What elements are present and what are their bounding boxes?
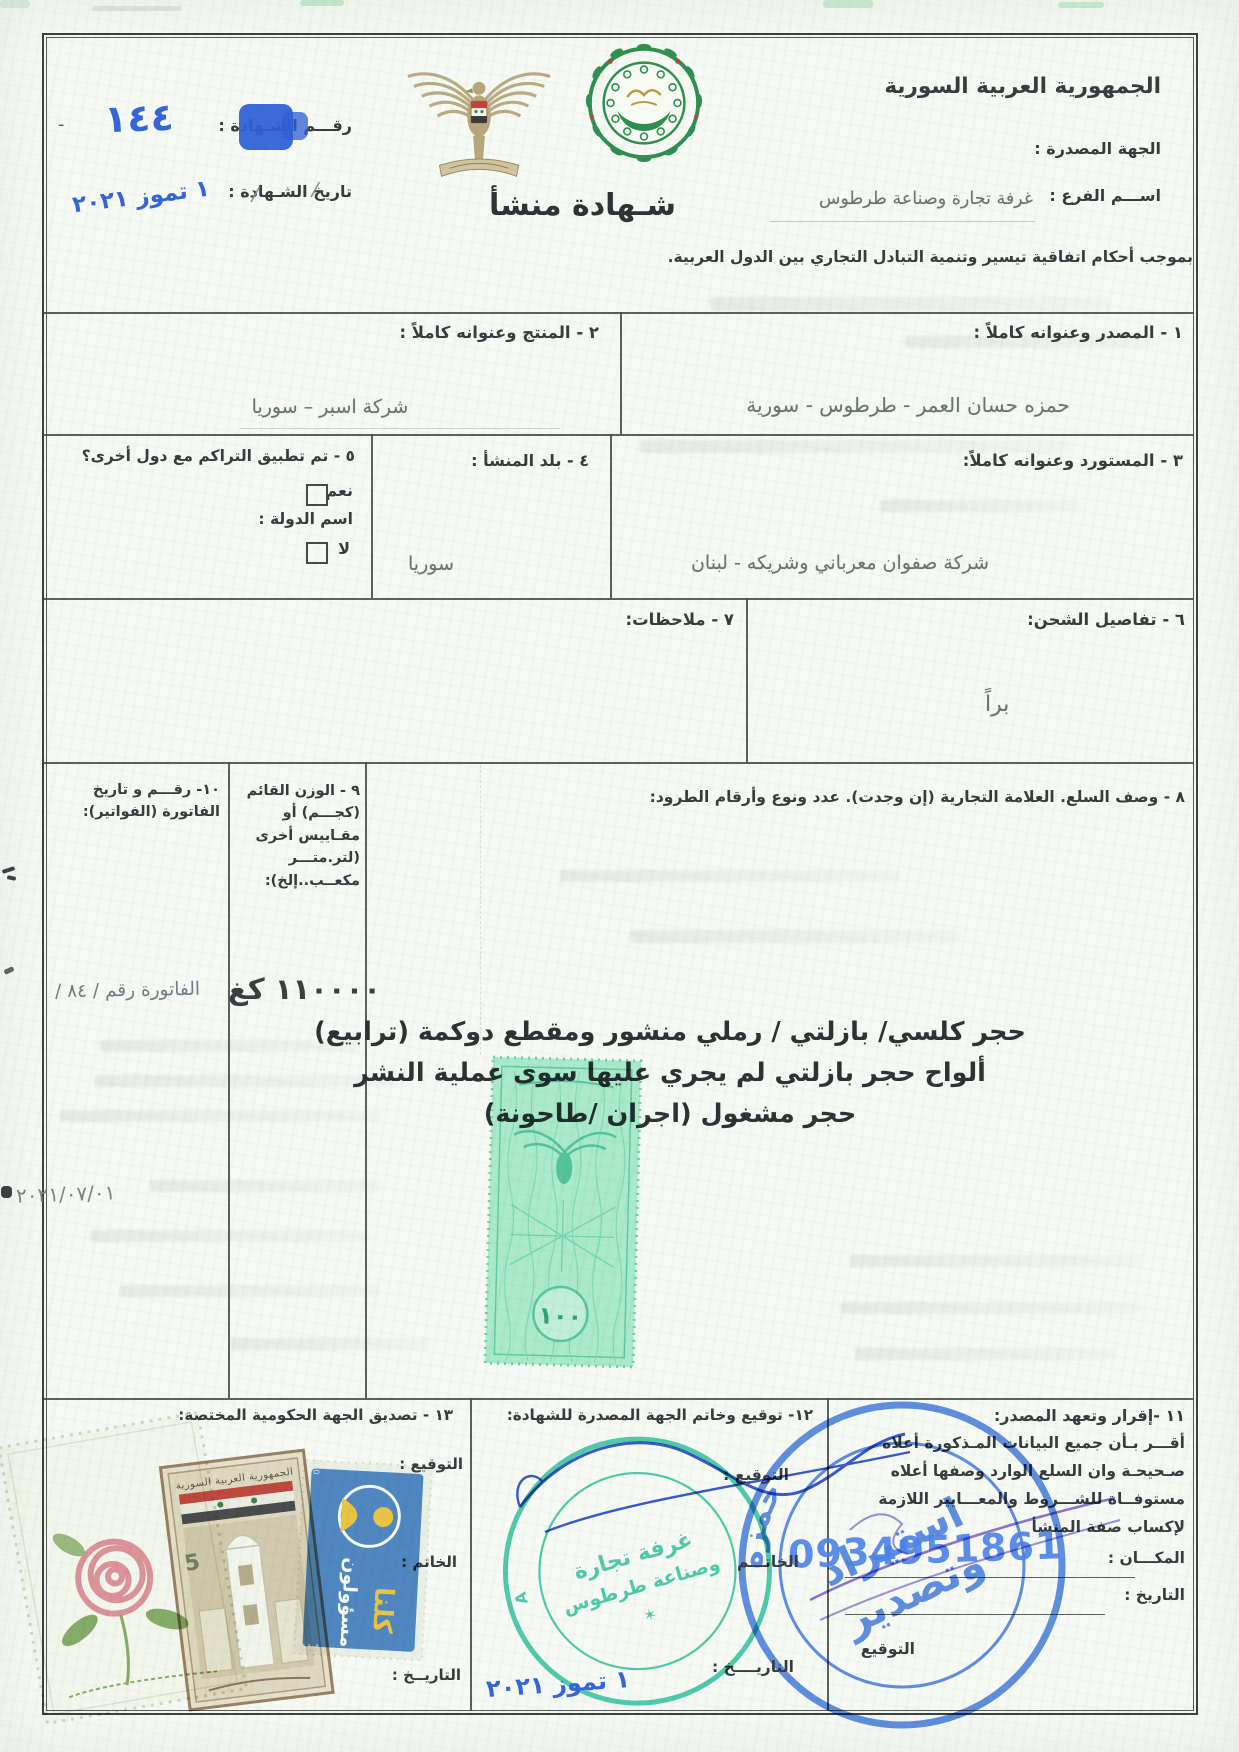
- grid-line: [44, 312, 1194, 314]
- scan-fleck: [0, 0, 30, 8]
- section8-label: ٨ - وصف السلع. العلامة التجارية (إن وجدت…: [650, 788, 1185, 806]
- producer-value: شركة اسبر – سوريا: [90, 396, 570, 418]
- grid-line: [44, 598, 1194, 600]
- grid-line: [228, 762, 230, 1398]
- branch-label: اســـم الفرع :: [1049, 186, 1161, 205]
- section1-label: ١ - المصدر وعنوانه كاملاً :: [974, 323, 1183, 342]
- date-label-s13: التاريــخ :: [392, 1666, 461, 1684]
- grid-line: [44, 434, 1194, 436]
- scan-speck: [7, 875, 17, 881]
- country-title: الجمهورية العربية السورية: [884, 74, 1161, 99]
- signature-blue: [505, 1412, 925, 1562]
- certificate-title: شـهادة منشأ: [450, 188, 715, 223]
- section13-label: ١٣ - تصديق الجهة الحكومية المختصة:: [178, 1406, 453, 1424]
- grid-line: [371, 434, 373, 598]
- section3-label: ٣ - المستورد وعنوانه كاملاً:: [963, 451, 1183, 470]
- goods-line: ألواح حجر بازلتي لم يجري عليها سوى عملية…: [240, 1053, 1100, 1094]
- branch-value: غرفة تجارة وصناعة طرطوس: [819, 189, 1033, 209]
- yes-checkbox[interactable]: [306, 484, 328, 506]
- responsibility-stamp-line2: مسؤولون: [335, 1557, 362, 1648]
- goods-line: حجر كلسي/ بازلتي / رملي منشور ومقطع دوكم…: [240, 1012, 1100, 1053]
- invoice-date-value: ٢٠٢١/٠٧/٠١: [16, 1180, 116, 1207]
- origin-country-value: سوريا: [408, 553, 454, 575]
- cumulation-no-label: لا: [338, 539, 350, 558]
- grid-line: [470, 1398, 472, 1711]
- goods-description-block: حجر كلسي/ بازلتي / رملي منشور ومقطع دوكم…: [240, 1012, 1100, 1135]
- scan-fleck: [823, 0, 873, 8]
- scan-fleck: [300, 0, 344, 6]
- producer-underline: [240, 428, 560, 429]
- branch-underline: [770, 221, 1035, 222]
- scan-fleck: [1058, 2, 1104, 8]
- cert-date-label: تاريخ الشـهادة :: [228, 182, 352, 201]
- scan-speck: [2, 866, 16, 874]
- section2-label: ٢ - المنتج وعنوانه كاملاً :: [399, 323, 599, 342]
- section4-label: ٤ - بلد المنشأ :: [471, 451, 589, 470]
- shipping-value: براً: [985, 692, 1009, 717]
- syrian-eagle-emblem: [400, 50, 558, 182]
- grid-line: [44, 762, 1194, 764]
- importer-value: شركة صفوان معرباني وشريكه - لبنان: [600, 552, 1080, 574]
- responsibility-stamp-line1: كلنا: [366, 1586, 398, 1634]
- grid-line: [746, 598, 748, 762]
- scan-speck: [1, 1186, 12, 1198]
- exporter-value: حمزه حسان العمر - طرطوس - سورية: [630, 393, 1186, 417]
- agreement-line: بموجب أحكام اتفاقية تيسير وتنمية التبادل…: [668, 248, 1193, 266]
- svg-text:✶: ✶: [641, 1604, 659, 1626]
- goods-line: حجر مشغول (اجران /طاحونة): [240, 1094, 1100, 1135]
- arab-league-emblem: [580, 38, 708, 166]
- grid-line: [620, 312, 622, 434]
- section7-label: ٧ - ملاحظات:: [626, 610, 735, 629]
- gross-weight-value: ١١٠٠٠٠ كغ: [228, 972, 381, 1006]
- country-name-label: اسم الدولة :: [258, 510, 353, 528]
- invoice-number-value: الفاتورة رقم / ٨٤ /: [55, 979, 200, 1003]
- scan-speck: [3, 966, 14, 975]
- certificate-of-origin-page: الجمهورية العربية السورية الجهة المصدرة …: [0, 0, 1239, 1752]
- no-checkbox[interactable]: [306, 542, 328, 564]
- cert-number-value: ١٤٤: [103, 95, 174, 141]
- revenue-stamp: ١٠٠: [482, 1054, 644, 1374]
- cumulation-yes-label: نعم: [325, 481, 353, 500]
- date-label-s11: التاريخ :: [1124, 1586, 1185, 1604]
- section6-label: ٦ - تفاصيل الشحن:: [1027, 610, 1185, 629]
- issuer-label: الجهة المصدرة :: [1034, 139, 1161, 158]
- responsibility-stamp: كلنا مسؤولون 100 2010 SYR: [288, 1458, 434, 1663]
- section10-label: ١٠- رقـــم و تاريخ الفاتورة (الفواتير):: [48, 780, 220, 824]
- revenue-stamp-value: ١٠٠: [538, 1301, 583, 1330]
- section5-label: ٥ - تم تطبيق التراكم مع دول أخرى؟: [82, 447, 355, 465]
- margin-dash: -: [58, 114, 65, 135]
- section9-label: ٩ - الوزن القائم (كجـــم) أو مقـاييس أخر…: [232, 780, 360, 892]
- ink-blob: [282, 112, 308, 140]
- scan-fleck: [92, 6, 182, 11]
